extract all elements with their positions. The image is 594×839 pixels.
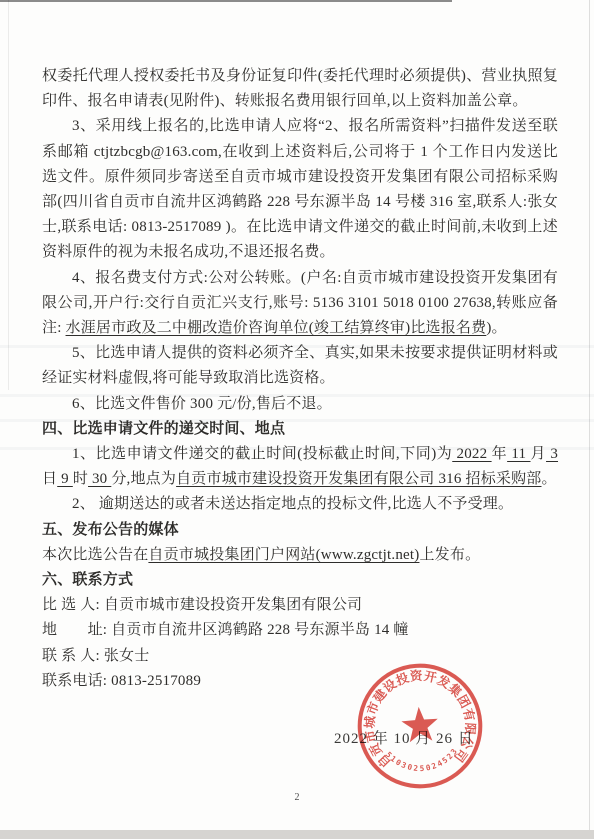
scan-bottom-edge	[0, 830, 594, 839]
text-segment: 联 系 人: 张女士	[42, 648, 149, 664]
text-segment: 。	[542, 471, 557, 487]
company-seal: 自贡市城市建设投资开发集团有限公司 5103025024523	[348, 654, 491, 797]
text-segment: 5、比选申请人提供的资料必须齐全、真实,如果未按要求提供证明材料或经证实材料虚假…	[42, 345, 558, 386]
para-document-price: 6、比选文件售价 300 元/份,售后不退。	[42, 392, 558, 417]
underlined-text: 11	[507, 446, 530, 462]
text-segment: 1、比选申请文件递交的截止时间(投标截止时间,下同)为	[72, 446, 452, 462]
scan-top-edge	[0, 0, 452, 2]
text-segment: 比 选 人: 自贡市城市建设投资开发集团有限公司	[42, 597, 362, 613]
text-segment: 月	[531, 446, 547, 462]
contact-address: 地 址: 自贡市自流井区鸿鹤路 228 号东源半岛 14 幢	[42, 618, 558, 643]
text-segment: )。	[486, 320, 506, 336]
text-segment: 分,地点为	[111, 471, 176, 487]
para-overdue-delivery: 2、 逾期送达的或者未送达指定地点的投标文件,比选人不予受理。	[42, 492, 558, 517]
underlined-text: 30	[88, 471, 111, 487]
contact-bidder: 比 选 人: 自贡市城市建设投资开发集团有限公司	[42, 593, 558, 618]
heading-section-6: 六、联系方式	[42, 568, 558, 593]
underlined-text: 水涯居市政及二中棚改造价咨询单位(竣工结算终审)比选报名费	[66, 320, 487, 336]
underlined-text: 3	[546, 446, 558, 462]
text-segment: 3、采用线上报名的,比选申请人应将“2、报名所需资料”扫描件发送至联系邮箱 ct…	[42, 118, 558, 260]
text-segment: 联系电话: 0813-2517089	[42, 673, 201, 689]
text-segment: 四、比选申请文件的递交时间、地点	[42, 421, 285, 437]
scanned-document-page: 权委托代理人授权委托书及身份证复印件(委托代理时必须提供)、营业执照复印件、报名…	[0, 0, 594, 839]
underlined-text: 9	[57, 471, 73, 487]
text-segment: 六、联系方式	[42, 572, 133, 588]
text-segment: 五、发布公告的媒体	[42, 522, 179, 538]
scan-right-edge	[589, 0, 590, 830]
seal-star-icon	[401, 706, 440, 743]
heading-section-5: 五、发布公告的媒体	[42, 518, 558, 543]
para-submission-deadline: 1、比选申请文件递交的截止时间(投标截止时间,下同)为 2022 年 11 月 …	[42, 442, 558, 492]
text-segment: 权委托代理人授权委托书及身份证复印件(委托代理时必须提供)、营业执照复印件、报名…	[42, 68, 558, 109]
heading-section-4: 四、比选申请文件的递交时间、地点	[42, 417, 558, 442]
text-segment: 上发布。	[419, 547, 480, 563]
text-segment: 地 址: 自贡市自流井区鸿鹤路 228 号东源半岛 14 幢	[42, 622, 409, 638]
text-segment: 2、 逾期送达的或者未送达指定地点的投标文件,比选人不予受理。	[72, 496, 513, 512]
underlined-text: 2022	[452, 446, 491, 462]
text-segment: 日	[42, 471, 57, 487]
svg-text:5103025024523: 5103025024523	[383, 745, 461, 775]
text-segment: 本次比选公告在	[42, 547, 148, 563]
para-materials-requirement: 5、比选申请人提供的资料必须齐全、真实,如果未按要求提供证明材料或经证实材料虚假…	[42, 341, 558, 391]
underlined-text: 自贡市城市建设投资开发集团有限公司 316 招标采购部	[176, 471, 541, 487]
para-online-registration: 3、采用线上报名的,比选申请人应将“2、报名所需资料”扫描件发送至联系邮箱 ct…	[42, 114, 558, 265]
seal-code-text: 5103025024523	[383, 745, 461, 775]
scan-left-edge	[8, 0, 9, 390]
text-segment: 6、比选文件售价 300 元/份,售后不退。	[72, 396, 332, 412]
para-registration-materials: 权委托代理人授权委托书及身份证复印件(委托代理时必须提供)、营业执照复印件、报名…	[42, 64, 558, 114]
document-body: 权委托代理人授权委托书及身份证复印件(委托代理时必须提供)、营业执照复印件、报名…	[42, 64, 558, 694]
para-announcement-media: 本次比选公告在自贡市城投集团门户网站(www.zgctjt.net)上发布。	[42, 543, 558, 568]
text-segment: 时	[73, 471, 88, 487]
underlined-text: 自贡市城投集团门户网站(www.zgctjt.net)	[148, 547, 419, 563]
para-payment-method: 4、报名费支付方式:公对公转账。(户名:自贡市城市建设投资开发集团有限公司,开户…	[42, 266, 558, 342]
text-segment: 年	[492, 446, 508, 462]
page-number: 2	[0, 792, 594, 803]
